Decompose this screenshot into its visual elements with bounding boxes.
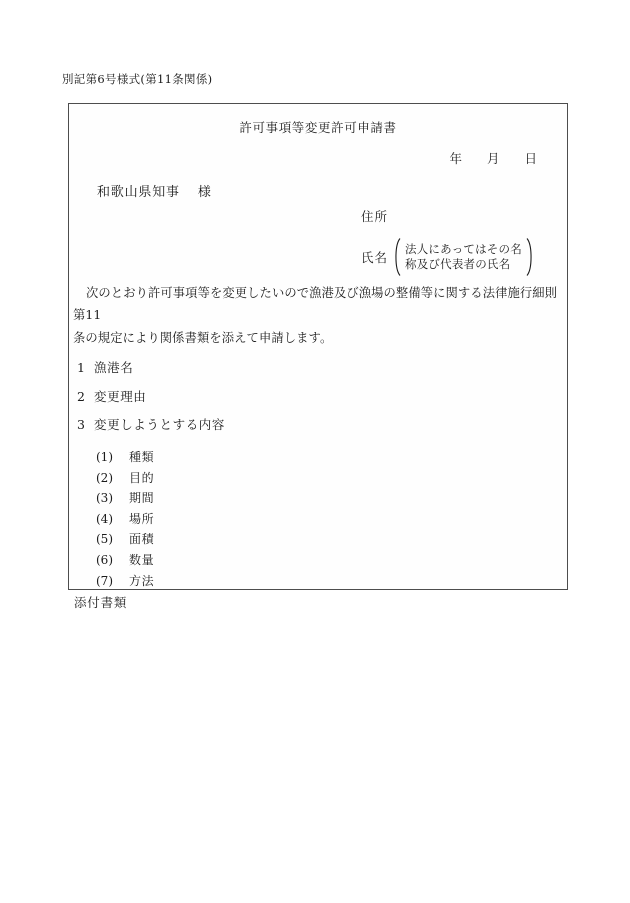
name-label: 氏名 — [361, 248, 388, 266]
subitem-area: (5)面積 — [96, 529, 154, 550]
subitem-number: (2) — [96, 468, 129, 489]
application-form-box: 許可事項等変更許可申請書 年 月 日 和歌山県知事様 住所 氏名 法人にあっては… — [68, 103, 568, 590]
name-note-line: 称及び代表者の氏名 — [405, 257, 522, 272]
item-label: 変更理由 — [94, 389, 146, 404]
numbered-items: 1漁港名 2変更理由 3変更しようとする内容 — [77, 359, 225, 445]
subitem-period: (3)期間 — [96, 488, 154, 509]
item-label: 変更しようとする内容 — [94, 417, 225, 432]
subitem-label: 方法 — [129, 574, 154, 588]
subitem-number: (7) — [96, 571, 129, 592]
body-paragraph: 次のとおり許可事項等を変更したいので漁港及び漁場の整備等に関する法律施行細則第1… — [73, 282, 566, 349]
subitem-number: (5) — [96, 529, 129, 550]
subitem-number: (4) — [96, 509, 129, 530]
subitem-label: 数量 — [129, 553, 154, 567]
subitem-number: (6) — [96, 550, 129, 571]
addressee-honorific: 様 — [198, 185, 212, 200]
date-line: 年 月 日 — [449, 149, 537, 167]
subitem-location: (4)場所 — [96, 509, 154, 530]
subitem-label: 目的 — [129, 471, 154, 485]
date-year-label: 年 — [449, 149, 462, 167]
subitem-type: (1)種類 — [96, 447, 154, 468]
item-reason-for-change: 2変更理由 — [77, 388, 225, 405]
subitem-number: (1) — [96, 447, 129, 468]
attachment-documents-label: 添付書類 — [74, 593, 127, 611]
addressee-name: 和歌山県知事 — [97, 185, 180, 200]
name-note-line: 法人にあってはその名 — [405, 242, 522, 257]
body-line: 条の規定により関係書類を添えて申請します。 — [73, 327, 566, 349]
subitem-quantity: (6)数量 — [96, 550, 154, 571]
subitem-label: 種類 — [129, 450, 154, 464]
item-number: 2 — [77, 388, 94, 405]
applicant-block: 住所 氏名 法人にあってはその名 称及び代表者の氏名 — [361, 207, 535, 277]
address-label: 住所 — [361, 207, 535, 225]
date-month-label: 月 — [487, 149, 500, 167]
left-paren-shape — [392, 237, 401, 277]
name-row: 氏名 法人にあってはその名 称及び代表者の氏名 — [361, 237, 535, 277]
subitem-label: 面積 — [129, 532, 154, 546]
name-note: 法人にあってはその名 称及び代表者の氏名 — [401, 242, 526, 272]
item-label: 漁港名 — [94, 360, 133, 375]
item-content-of-change: 3変更しようとする内容 — [77, 416, 225, 433]
right-paren-shape — [526, 237, 535, 277]
item-fishing-port-name: 1漁港名 — [77, 359, 225, 376]
subitem-number: (3) — [96, 488, 129, 509]
document-page: 別記第6号様式(第11条関係) 許可事項等変更許可申請書 年 月 日 和歌山県知… — [0, 0, 630, 903]
subitem-label: 期間 — [129, 491, 154, 505]
subitem-purpose: (2)目的 — [96, 468, 154, 489]
subitem-label: 場所 — [129, 512, 154, 526]
item-number: 1 — [77, 359, 94, 376]
form-id-label: 別記第6号様式(第11条関係) — [62, 71, 212, 87]
sub-items: (1)種類 (2)目的 (3)期間 (4)場所 (5)面積 (6)数量 (7)方… — [96, 447, 154, 591]
addressee-line: 和歌山県知事様 — [97, 181, 212, 200]
body-line: 次のとおり許可事項等を変更したいので漁港及び漁場の整備等に関する法律施行細則第1… — [73, 282, 566, 327]
item-number: 3 — [77, 416, 94, 433]
subitem-method: (7)方法 — [96, 571, 154, 592]
date-day-label: 日 — [524, 149, 537, 167]
form-title: 許可事項等変更許可申請書 — [69, 118, 567, 136]
